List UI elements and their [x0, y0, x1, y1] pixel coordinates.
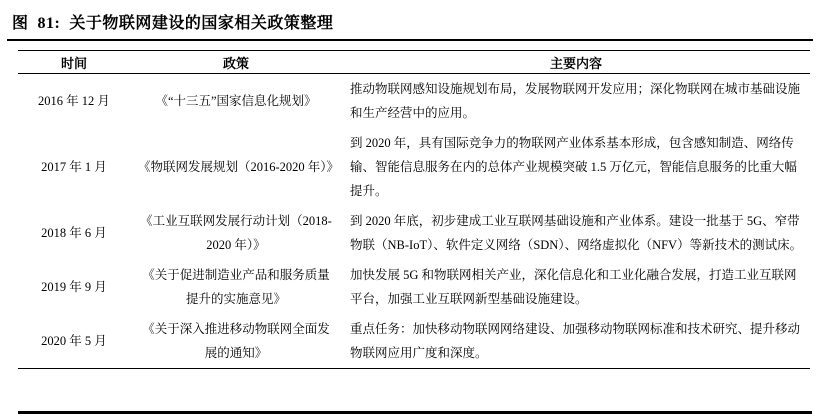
- policy-table-header: 时间 政策 主要内容: [18, 51, 810, 74]
- title-underline-rule: [7, 39, 813, 41]
- policy-table: 时间 政策 主要内容 2016 年 12 月 《“十三五”国家信息化规划》 推动…: [18, 50, 810, 369]
- column-header-policy: 政策: [130, 51, 342, 74]
- table-row: 2020 年 5 月 《关于深入推进移动物联网全面发展的通知》 重点任务：加快移…: [18, 314, 810, 369]
- table-row: 2019 年 9 月 《关于促进制造业产品和服务质量提升的实施意见》 加快发展 …: [18, 260, 810, 314]
- figure-bottom-rule: [18, 411, 812, 414]
- header-row: 时间 政策 主要内容: [18, 51, 810, 74]
- time-cell: 2016 年 12 月: [18, 74, 130, 129]
- policy-cell: 《关于深入推进移动物联网全面发展的通知》: [130, 314, 342, 369]
- time-cell: 2017 年 1 月: [18, 128, 130, 206]
- time-cell: 2020 年 5 月: [18, 314, 130, 369]
- table-row: 2016 年 12 月 《“十三五”国家信息化规划》 推动物联网感知设施规划布局…: [18, 74, 810, 129]
- table-row: 2018 年 6 月 《工业互联网发展行动计划（2018-2020 年）》 到 …: [18, 206, 810, 260]
- policy-cell: 《物联网发展规划（2016-2020 年）》: [130, 128, 342, 206]
- policy-cell: 《工业互联网发展行动计划（2018-2020 年）》: [130, 206, 342, 260]
- figure-title: 图 81: 关于物联网建设的国家相关政策整理: [12, 10, 333, 33]
- policy-cell: 《“十三五”国家信息化规划》: [130, 74, 342, 129]
- table-row: 2017 年 1 月 《物联网发展规划（2016-2020 年）》 到 2020…: [18, 128, 810, 206]
- content-cell: 加快发展 5G 和物联网相关产业，深化信息化和工业化融合发展，打造工业互联网平台…: [342, 260, 810, 314]
- policy-cell: 《关于促进制造业产品和服务质量提升的实施意见》: [130, 260, 342, 314]
- time-cell: 2019 年 9 月: [18, 260, 130, 314]
- column-header-main-content: 主要内容: [342, 51, 810, 74]
- content-cell: 推动物联网感知设施规划布局，发展物联网开发应用；深化物联网在城市基础设施和生产经…: [342, 74, 810, 129]
- policy-table-body: 2016 年 12 月 《“十三五”国家信息化规划》 推动物联网感知设施规划布局…: [18, 74, 810, 369]
- content-cell: 到 2020 年，具有国际竞争力的物联网产业体系基本形成，包含感知制造、网络传输…: [342, 128, 810, 206]
- column-header-time: 时间: [18, 51, 130, 74]
- content-cell: 到 2020 年底，初步建成工业互联网基础设施和产业体系。建设一批基于 5G、窄…: [342, 206, 810, 260]
- time-cell: 2018 年 6 月: [18, 206, 130, 260]
- report-figure-page: 图 81: 关于物联网建设的国家相关政策整理 时间 政策 主要内容 2016 年…: [0, 0, 827, 420]
- content-cell: 重点任务：加快移动物联网网络建设、加强移动物联网标准和技术研究、提升移动物联网应…: [342, 314, 810, 369]
